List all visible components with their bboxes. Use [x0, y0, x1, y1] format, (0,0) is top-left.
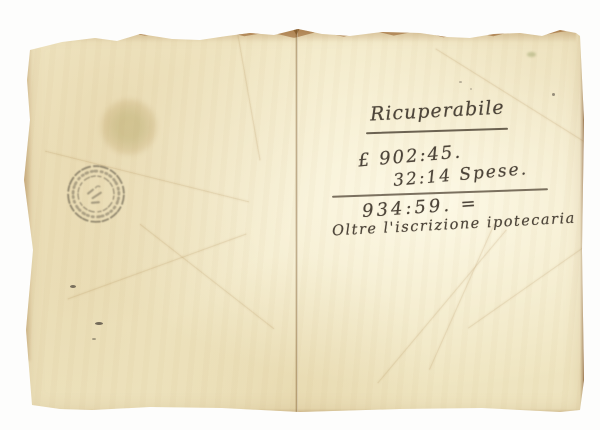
postmark-icon: [56, 156, 136, 233]
ink-speck: [552, 93, 555, 96]
manuscript-heading: Ricuperabile: [370, 96, 506, 125]
fold-crease: [295, 28, 298, 414]
document-scan: Ricuperabile £ 902:45. 32:14 Spese. 934:…: [0, 0, 600, 430]
paper-edge-right: [580, 32, 586, 410]
ink-speck: [70, 285, 76, 288]
paper-edge-left: [22, 48, 32, 361]
crease-line: [68, 234, 247, 300]
paper-edge-bottom: [28, 409, 578, 416]
crease-line: [140, 224, 275, 329]
ink-speck: [95, 322, 103, 325]
stain-fleck: [527, 52, 536, 57]
ink-speck: [459, 81, 462, 83]
heading-underline: [366, 128, 508, 134]
seal-showthrough-stain: [100, 98, 158, 156]
crease-line: [377, 230, 506, 384]
ink-speck: [92, 338, 96, 340]
postmark-stamp: [56, 156, 136, 233]
paper-sheet: Ricuperabile £ 902:45. 32:14 Spese. 934:…: [22, 26, 586, 416]
ink-speck: [470, 88, 472, 90]
crease-line: [429, 223, 495, 370]
